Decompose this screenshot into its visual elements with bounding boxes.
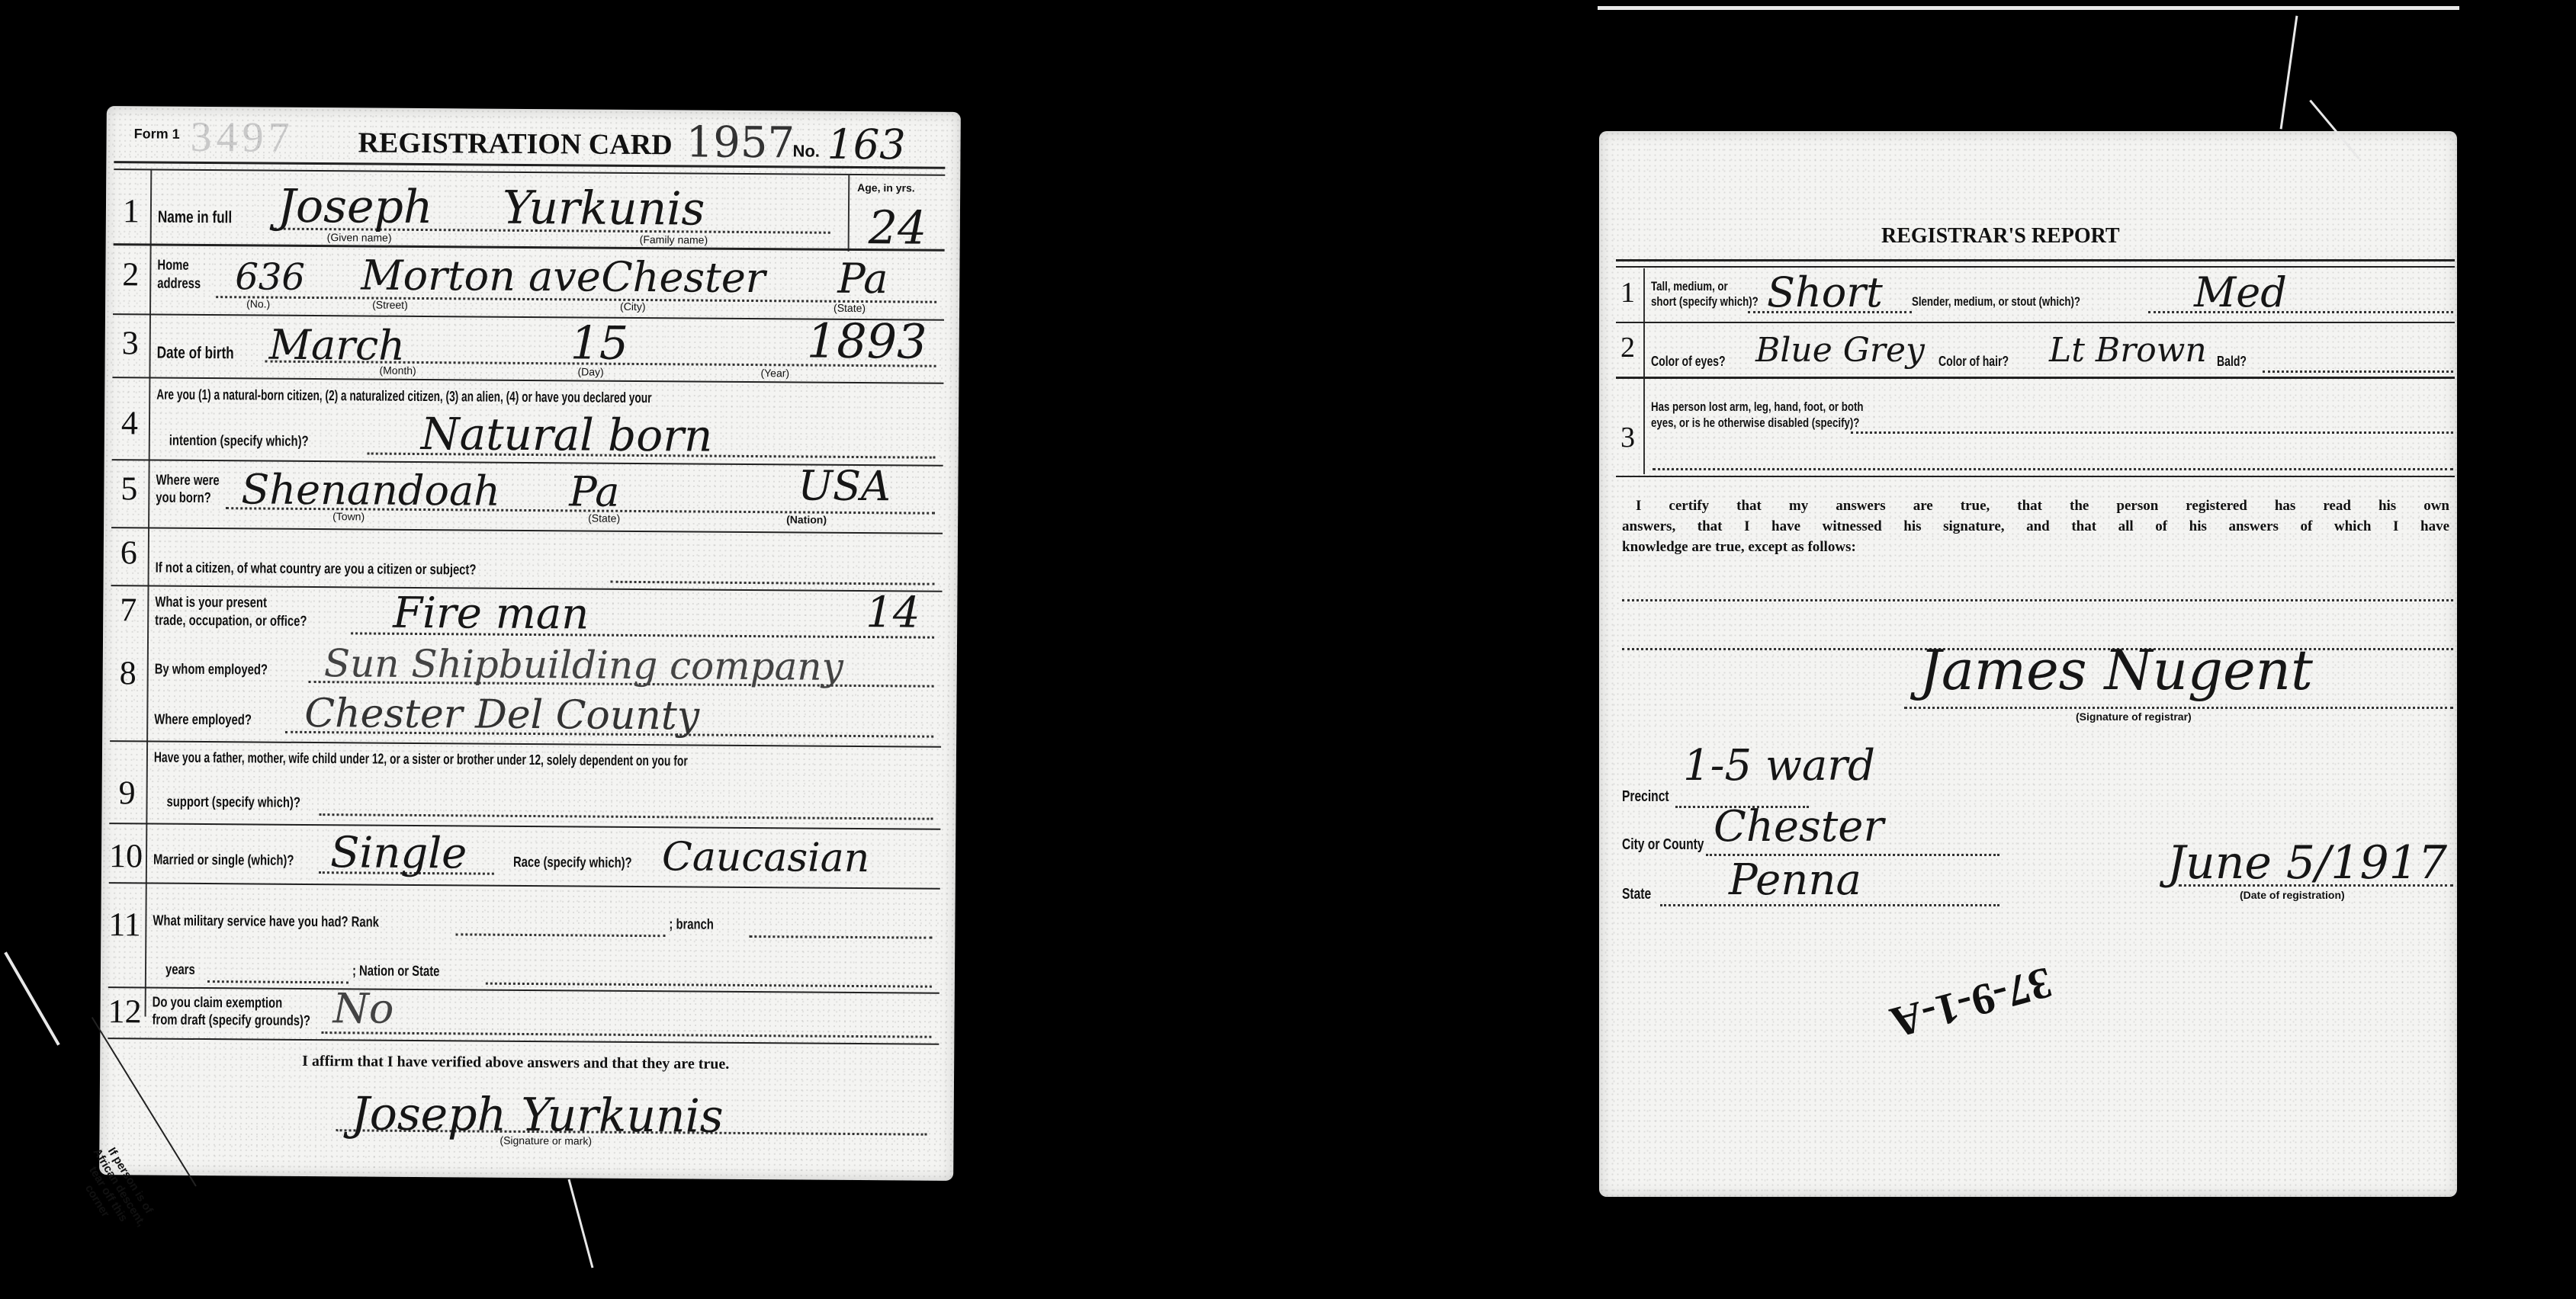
row-number-6: 6 <box>120 533 137 572</box>
dependents-label: support (specify which)? <box>166 794 300 812</box>
occupation-label-1: What is your present <box>155 595 267 612</box>
precinct-label: Precinct <box>1622 788 1669 806</box>
birth-state[interactable]: Pa <box>569 467 620 515</box>
certification-line-1: I certify that my answers are true, that… <box>1622 496 2449 516</box>
address-city-caption: (City) <box>620 300 646 313</box>
height-label-1: Tall, medium, or <box>1651 279 1728 294</box>
state-label: State <box>1622 886 1651 903</box>
row-number-12: 12 <box>108 992 141 1031</box>
marital-value[interactable]: Single <box>330 828 467 878</box>
row-number-8: 8 <box>120 653 137 692</box>
birth-nation-caption: (Nation) <box>786 513 827 525</box>
registrars-report-card: REGISTRAR'S REPORT 1 Tall, medium, or sh… <box>1599 131 2457 1197</box>
employer-label: By whom employed? <box>155 662 268 679</box>
card-number-value: 163 <box>827 120 906 169</box>
hair-color-value[interactable]: Lt Brown <box>2049 331 2207 370</box>
disability-label-1: Has person lost arm, leg, hand, foot, or… <box>1651 399 1863 415</box>
given-name-caption: (Given name) <box>327 231 392 244</box>
thread-fiber-1 <box>4 951 59 1045</box>
report-title: REGISTRAR'S REPORT <box>1881 224 2120 249</box>
birthplace-label-1: Where were <box>156 473 219 490</box>
year-caption: (Year) <box>760 367 789 379</box>
month-caption: (Month) <box>379 364 416 377</box>
eye-color-label: Color of eyes? <box>1651 354 1726 370</box>
state-value[interactable]: Penna <box>1729 855 1861 905</box>
foreign-citizenship-label: If not a citizen, of what country are yo… <box>156 560 477 579</box>
work-location-value[interactable]: Chester Del County <box>304 691 699 739</box>
work-location-label: Where employed? <box>154 712 252 730</box>
birth-town-caption: (Town) <box>332 510 365 522</box>
family-name-caption: (Family name) <box>640 233 708 246</box>
home-address-label-1: Home <box>157 258 188 274</box>
row-number-7: 7 <box>120 590 137 629</box>
day-caption: (Day) <box>577 365 603 377</box>
hair-color-label: Color of hair? <box>1938 354 2009 370</box>
marital-label: Married or single (which)? <box>153 852 294 870</box>
employer-value[interactable]: Sun Shipbuilding company <box>324 641 843 689</box>
address-number[interactable]: 636 <box>235 255 305 299</box>
registration-date-caption: (Date of registration) <box>2240 889 2345 901</box>
thread-fiber-2 <box>2280 16 2298 130</box>
row-number-2: 2 <box>122 255 139 293</box>
birth-state-caption: (State) <box>588 512 620 524</box>
address-street-caption: (Street) <box>372 299 408 311</box>
age-label: Age, in yrs. <box>857 181 915 194</box>
address-state-caption: (State) <box>834 302 866 314</box>
precinct-value[interactable]: 1-5 ward <box>1683 741 1875 791</box>
address-street[interactable]: Morton ave <box>361 251 601 300</box>
dependents-question: Have you a father, mother, wife child un… <box>154 750 688 771</box>
build-value[interactable]: Med <box>2194 268 2287 316</box>
dob-label: Date of birth <box>157 343 234 364</box>
top-edge-sliver <box>1598 6 2459 10</box>
birth-day[interactable]: 15 <box>570 316 629 370</box>
disability-label-2: eyes, or is he otherwise disabled (speci… <box>1651 415 1859 431</box>
city-county-label: City or County <box>1622 836 1704 854</box>
certification-line-3: knowledge are true, except as follows: <box>1622 537 2449 557</box>
family-name[interactable]: Yurkunis <box>503 181 705 236</box>
address-number-caption: (No.) <box>246 297 270 310</box>
exemption-label-1: Do you claim exemption <box>153 995 283 1012</box>
height-label-2: short (specify which)? <box>1651 294 1759 310</box>
row-number-4: 4 <box>121 403 138 442</box>
report-row-number-1: 1 <box>1620 276 1635 310</box>
registrar-signature-caption: (Signature of registrar) <box>2076 710 2192 723</box>
birth-year[interactable]: 1893 <box>807 313 927 370</box>
certification-text: I certify that my answers are true, that… <box>1622 496 2449 557</box>
form-label: Form 1 <box>134 126 180 142</box>
city-county-value[interactable]: Chester <box>1714 802 1884 852</box>
years-label: years <box>165 962 195 979</box>
nation-state-label: ; Nation or State <box>352 963 440 980</box>
race-label: Race (specify which)? <box>513 855 632 872</box>
report-row-number-3: 3 <box>1620 421 1635 454</box>
birth-town[interactable]: Shenandoah <box>241 465 500 515</box>
report-row-number-2: 2 <box>1620 331 1635 364</box>
birth-month[interactable]: March <box>269 321 406 370</box>
serial-stamp: 3497 <box>190 113 294 162</box>
row-number-3: 3 <box>122 323 139 362</box>
registration-date[interactable]: June 5/1917 <box>2167 836 2447 890</box>
home-address-label-2: address <box>157 276 201 293</box>
age-value[interactable]: 24 <box>869 201 927 255</box>
row-number-1: 1 <box>123 191 140 230</box>
exemption-label-2: from draft (specify grounds)? <box>152 1012 310 1030</box>
tear-off-note: If person is of African descent, tear of… <box>52 1112 176 1269</box>
name-label: Name in full <box>158 207 232 228</box>
citizenship-answer[interactable]: Natural born <box>421 408 713 462</box>
row-number-5: 5 <box>120 469 137 508</box>
military-service-label: What military service have you had? Rank <box>153 913 379 932</box>
card-number-label: No. <box>792 141 820 161</box>
card-title: REGISTRATION CARD <box>358 126 672 162</box>
citizenship-label: intention (specify which)? <box>169 433 309 451</box>
height-value[interactable]: Short <box>1767 268 1883 316</box>
signature-caption: (Signature or mark) <box>499 1134 592 1147</box>
branch-label: ; branch <box>669 916 714 933</box>
certification-line-2: answers, that I have witnessed his signa… <box>1622 516 2449 537</box>
file-stamp: 37-9-1-A <box>1885 957 2057 1049</box>
citizenship-question: Are you (1) a natural-born citizen, (2) … <box>156 387 651 408</box>
exemption-answer[interactable]: No <box>332 984 393 1033</box>
occupation-label-2: trade, occupation, or office? <box>155 613 307 630</box>
occupation-extra: 14 <box>866 588 920 637</box>
row-number-11: 11 <box>108 905 141 944</box>
registration-card: Form 1 3497 REGISTRATION CARD 1957 No. 1… <box>99 106 961 1181</box>
address-city[interactable]: Chester <box>601 253 766 303</box>
margin-mark-1957: 1957 <box>686 117 795 168</box>
birthplace-label-2: you born? <box>156 490 211 508</box>
thread-fiber-4 <box>568 1179 594 1269</box>
occupation-answer[interactable]: Fire man <box>393 589 589 640</box>
build-label: Slender, medium, or stout (which)? <box>1912 294 2080 310</box>
birth-nation[interactable]: USA <box>798 461 891 510</box>
registrar-signature: James Nugent <box>1919 638 2313 702</box>
race-value[interactable]: Caucasian <box>662 834 870 881</box>
eye-color-value[interactable]: Blue Grey <box>1755 331 1925 370</box>
bald-label: Bald? <box>2217 354 2247 370</box>
address-state[interactable]: Pa <box>837 255 888 303</box>
row-number-9: 9 <box>118 773 135 812</box>
row-number-10: 10 <box>109 836 143 875</box>
given-name[interactable]: Joseph <box>278 180 433 234</box>
affirmation-text: I affirm that I have verified above answ… <box>302 1053 729 1073</box>
